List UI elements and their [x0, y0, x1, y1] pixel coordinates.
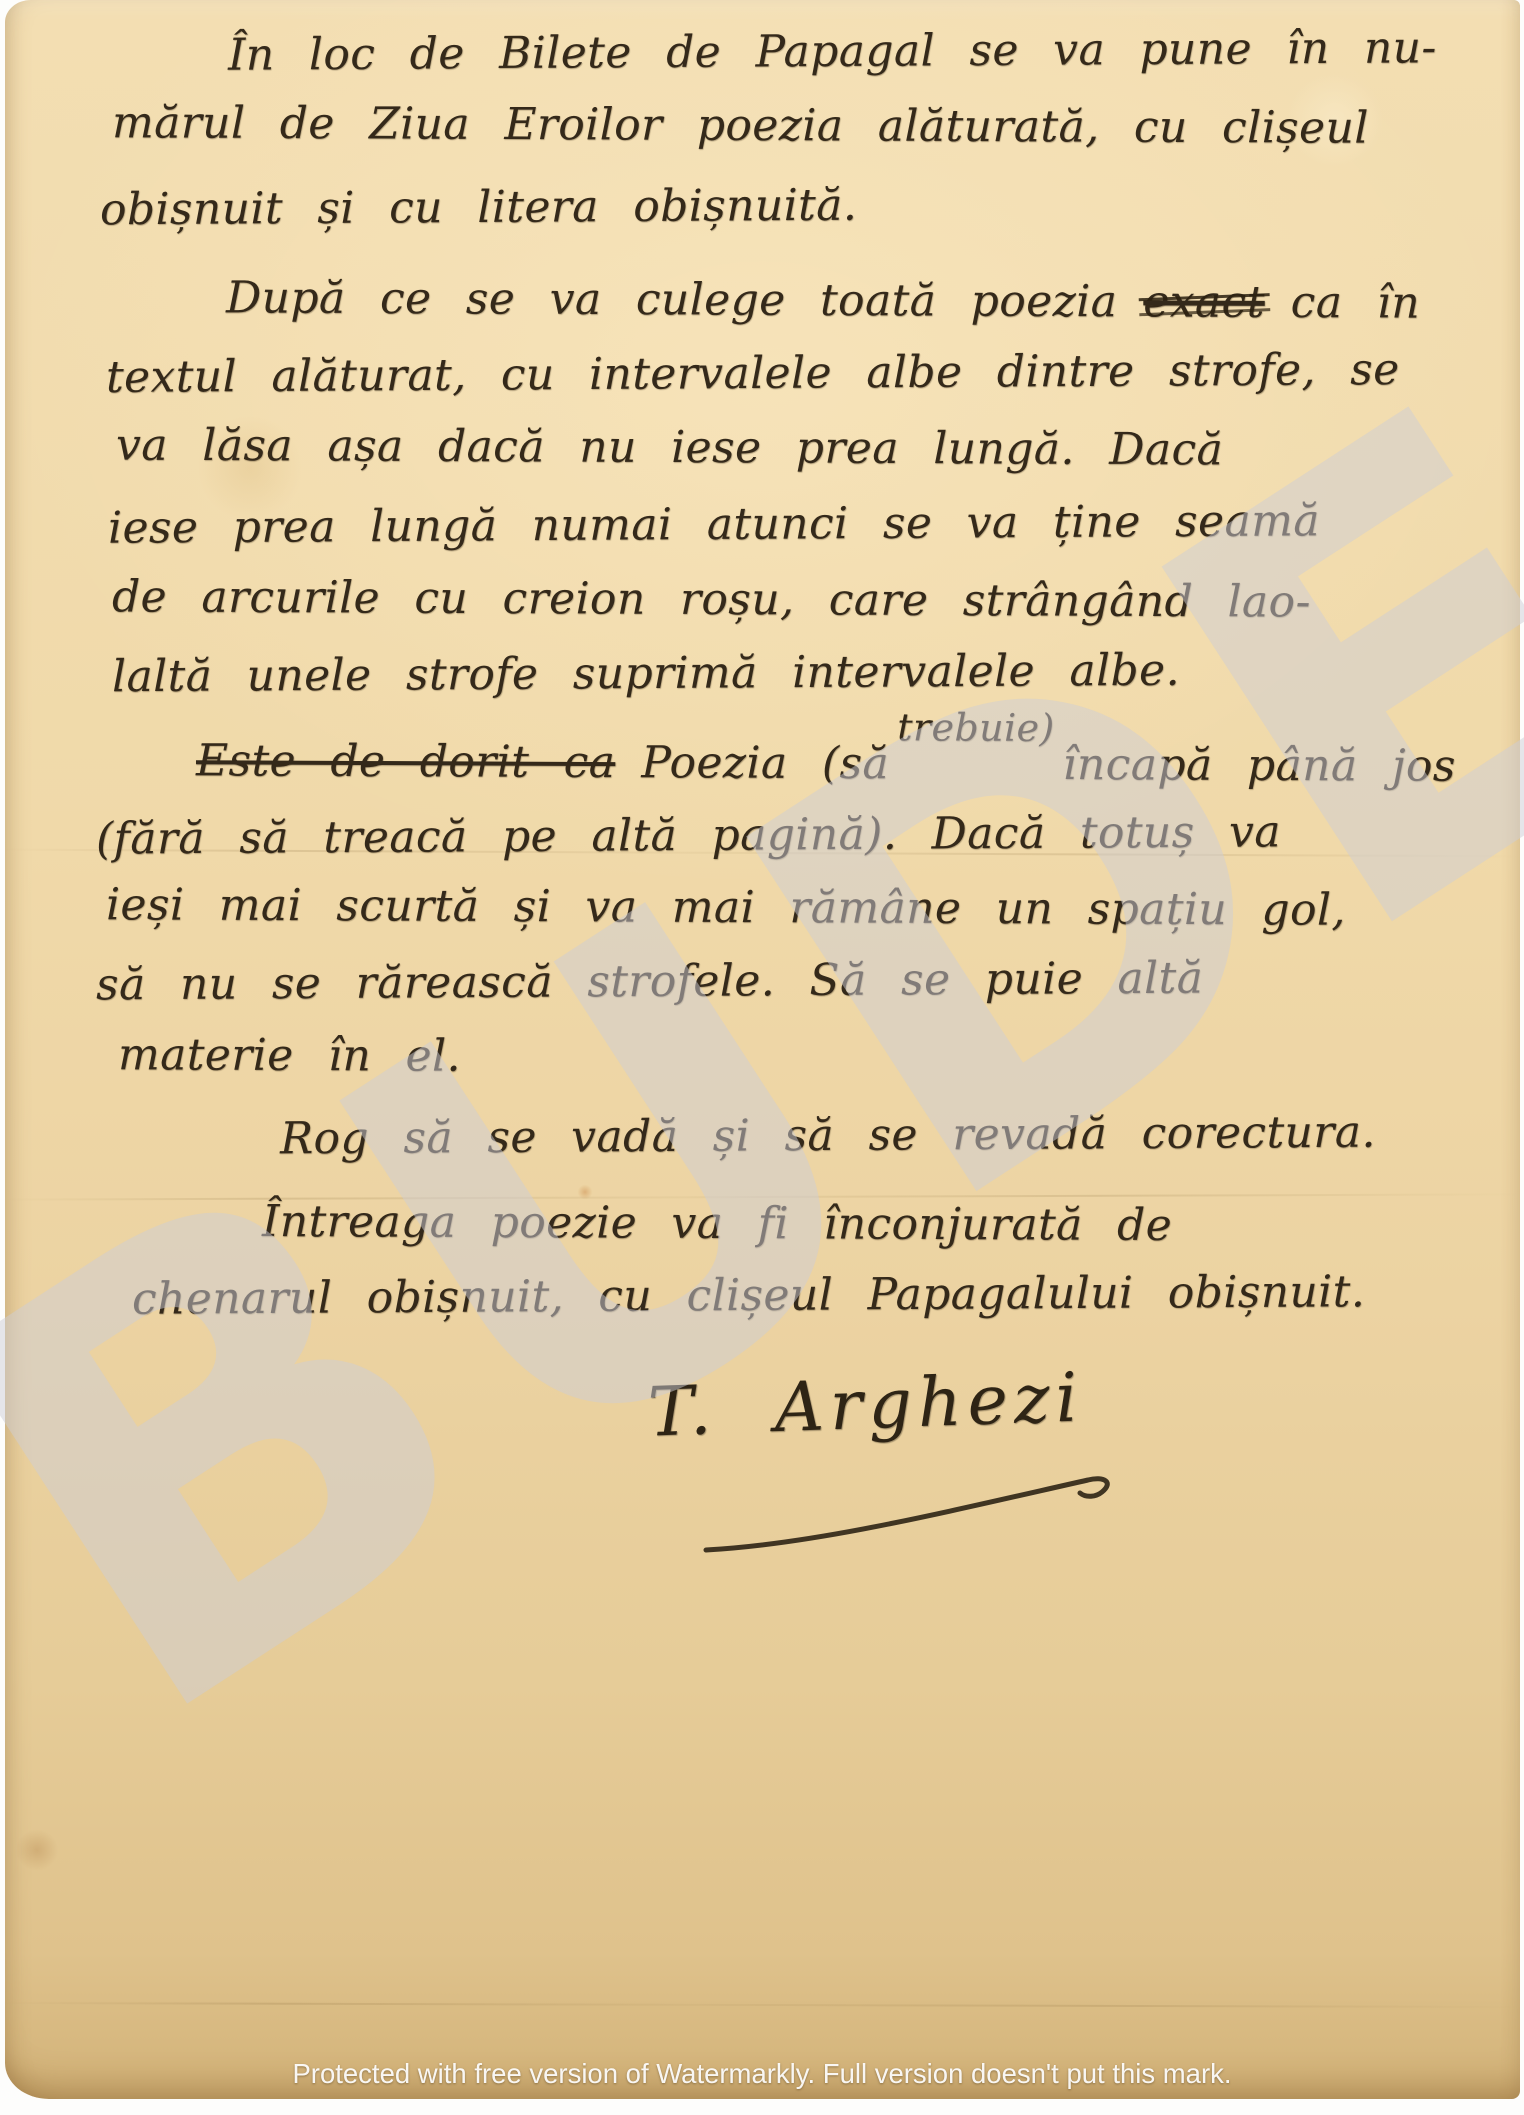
signature-name: T. Arghezi [647, 1358, 1085, 1452]
line-segment: Poezia (să [641, 737, 889, 789]
handwritten-line: După ce se va culege toată poeziaexactca… [226, 276, 1420, 325]
handwritten-line: iese prea lungă numai atunci se va ține … [108, 499, 1320, 550]
handwritten-line: Rog să se vadă și să se revadă corectura… [280, 1111, 1376, 1162]
struck-out-phrase: Este de dorit ca [196, 735, 616, 788]
handwritten-line: obișnuit și cu litera obișnuită. [100, 184, 857, 233]
handwritten-line: materie în el. [118, 1033, 461, 1078]
handwritten-line: chenarul obișnuit, cu clișeul Papagalulu… [132, 1270, 1365, 1322]
line-segment: ca în [1291, 277, 1421, 329]
line-segment: După ce se va culege toată poezia [226, 272, 1118, 327]
inserted-word-above-line: trebuie) [897, 705, 1055, 750]
handwritten-line: (fără să treacă pe altă pagină). Dacă to… [96, 810, 1281, 861]
signature-block: T. Arghezi [648, 1366, 1083, 1445]
letter-scan-page: În loc de Bilete de Papagal se va pune î… [0, 0, 1524, 2115]
handwritten-line: laltă unele strofe suprimă intervalele a… [112, 649, 1180, 700]
handwritten-line: textul alăturat, cu intervalele albe din… [106, 348, 1400, 400]
handwritten-line: să nu se rărească strofele. Să se puie a… [96, 957, 1204, 1008]
handwritten-line: ieși mai scurtă și va mai rămâne un spaț… [106, 883, 1346, 932]
handwritten-line: va lăsa așa dacă nu iese prea lungă. Dac… [116, 424, 1223, 473]
signature-flourish [696, 1458, 1156, 1578]
handwritten-line: Este de dorit caPoezia (sătrebuie)încapă… [196, 739, 1456, 788]
line-segment: încapă până jos [1062, 739, 1456, 792]
handwritten-line: de arcurile cu creion roșu, care strângâ… [112, 575, 1311, 624]
handwritten-text-layer: În loc de Bilete de Papagal se va pune î… [0, 0, 1524, 2115]
handwritten-line: În loc de Bilete de Papagal se va pune î… [228, 26, 1437, 77]
scribbled-out-word: exact [1143, 276, 1265, 328]
handwritten-line: mărul de Ziua Eroilor poezia alăturată, … [112, 101, 1369, 150]
handwritten-line: Întreaga poezie va fi înconjurată de [262, 1200, 1172, 1248]
watermarkly-footer-text: Protected with free version of Watermark… [0, 2051, 1524, 2097]
